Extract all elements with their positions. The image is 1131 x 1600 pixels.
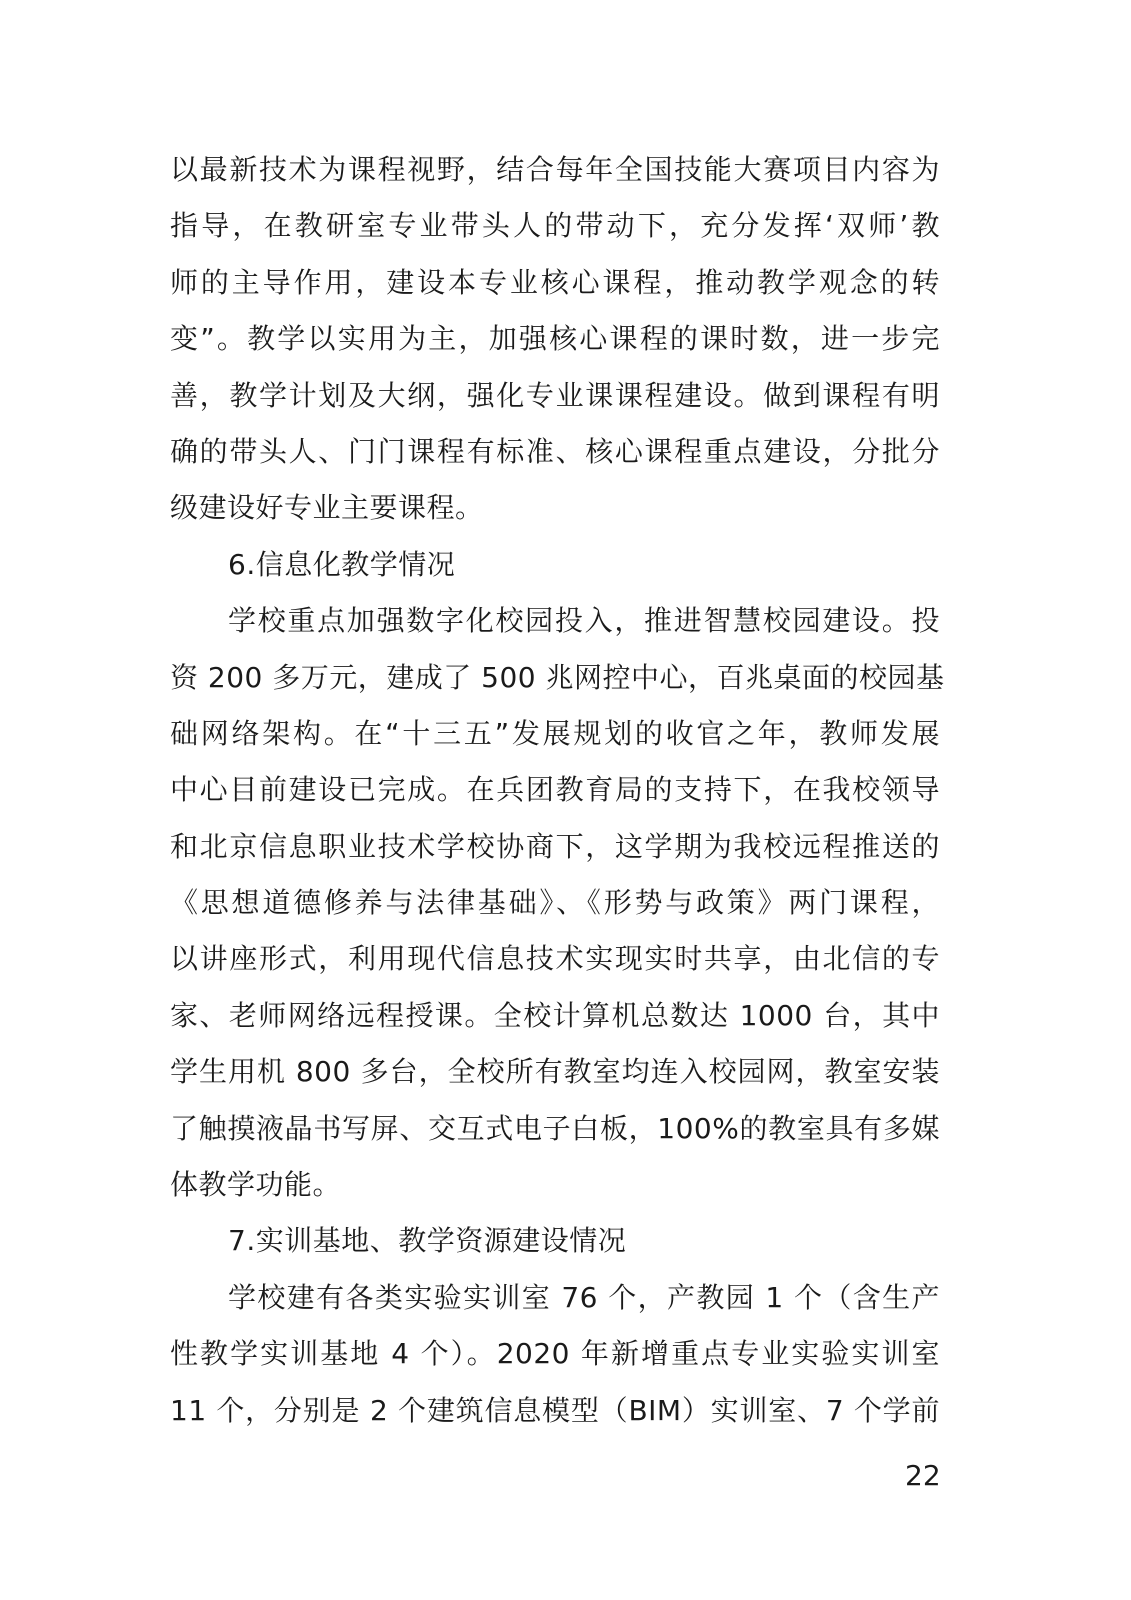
text-line: 学生用机 800 多台，全校所有教室均连入校园网，教室安装 bbox=[170, 1044, 940, 1100]
text-line: 学校重点加强数字化校园投入，推进智慧校园建设。投 bbox=[170, 593, 940, 649]
text-line: 变”。教学以实用为主，加强核心课程的课时数，进一步完 bbox=[170, 311, 940, 367]
document-page: 以最新技术为课程视野，结合每年全国技能大赛项目内容为 指导，在教研室专业带头人的… bbox=[0, 0, 1131, 1600]
text-line: 以最新技术为课程视野，结合每年全国技能大赛项目内容为 bbox=[170, 142, 940, 198]
text-line: 《思想道德修养与法律基础》、《形势与政策》两门课程， bbox=[170, 875, 940, 931]
text-line: 学校建有各类实验实训室 76 个，产教园 1 个（含生产 bbox=[170, 1270, 940, 1326]
text-line: 家、老师网络远程授课。全校计算机总数达 1000 台，其中 bbox=[170, 988, 940, 1044]
text-line: 础网络架构。在“十三五”发展规划的收官之年，教师发展 bbox=[170, 706, 940, 762]
document-body: 以最新技术为课程视野，结合每年全国技能大赛项目内容为 指导，在教研室专业带头人的… bbox=[170, 142, 940, 1439]
section-heading-informatization: 6.信息化教学情况 bbox=[170, 537, 940, 593]
text-line: 善，教学计划及大纲，强化专业课课程建设。做到课程有明 bbox=[170, 368, 940, 424]
page-number: 22 bbox=[905, 1458, 941, 1494]
section-heading-training-base: 7.实训基地、教学资源建设情况 bbox=[170, 1213, 940, 1269]
text-line: 性教学实训基地 4 个）。2020 年新增重点专业实验实训室 bbox=[170, 1326, 940, 1382]
text-line: 中心目前建设已完成。在兵团教育局的支持下，在我校领导 bbox=[170, 762, 940, 818]
text-line: 体教学功能。 bbox=[170, 1157, 940, 1213]
paragraph-training-base: 学校建有各类实验实训室 76 个，产教园 1 个（含生产 性教学实训基地 4 个… bbox=[170, 1270, 940, 1439]
paragraph-course-construction: 以最新技术为课程视野，结合每年全国技能大赛项目内容为 指导，在教研室专业带头人的… bbox=[170, 142, 940, 537]
text-line: 和北京信息职业技术学校协商下，这学期为我校远程推送的 bbox=[170, 819, 940, 875]
text-line: 资 200 多万元，建成了 500 兆网控中心，百兆桌面的校园基 bbox=[170, 650, 940, 706]
text-line: 确的带头人、门门课程有标准、核心课程重点建设，分批分 bbox=[170, 424, 940, 480]
text-line: 11 个，分别是 2 个建筑信息模型（BIM）实训室、7 个学前 bbox=[170, 1383, 940, 1439]
text-line: 级建设好专业主要课程。 bbox=[170, 480, 940, 536]
paragraph-informatization: 学校重点加强数字化校园投入，推进智慧校园建设。投 资 200 多万元，建成了 5… bbox=[170, 593, 940, 1213]
text-line: 指导，在教研室专业带头人的带动下，充分发挥‘双师’教 bbox=[170, 198, 940, 254]
text-line: 了触摸液晶书写屏、交互式电子白板，100%的教室具有多媒 bbox=[170, 1101, 940, 1157]
text-line: 以讲座形式，利用现代信息技术实现实时共享，由北信的专 bbox=[170, 931, 940, 987]
text-line: 师的主导作用，建设本专业核心课程，推动教学观念的转 bbox=[170, 255, 940, 311]
